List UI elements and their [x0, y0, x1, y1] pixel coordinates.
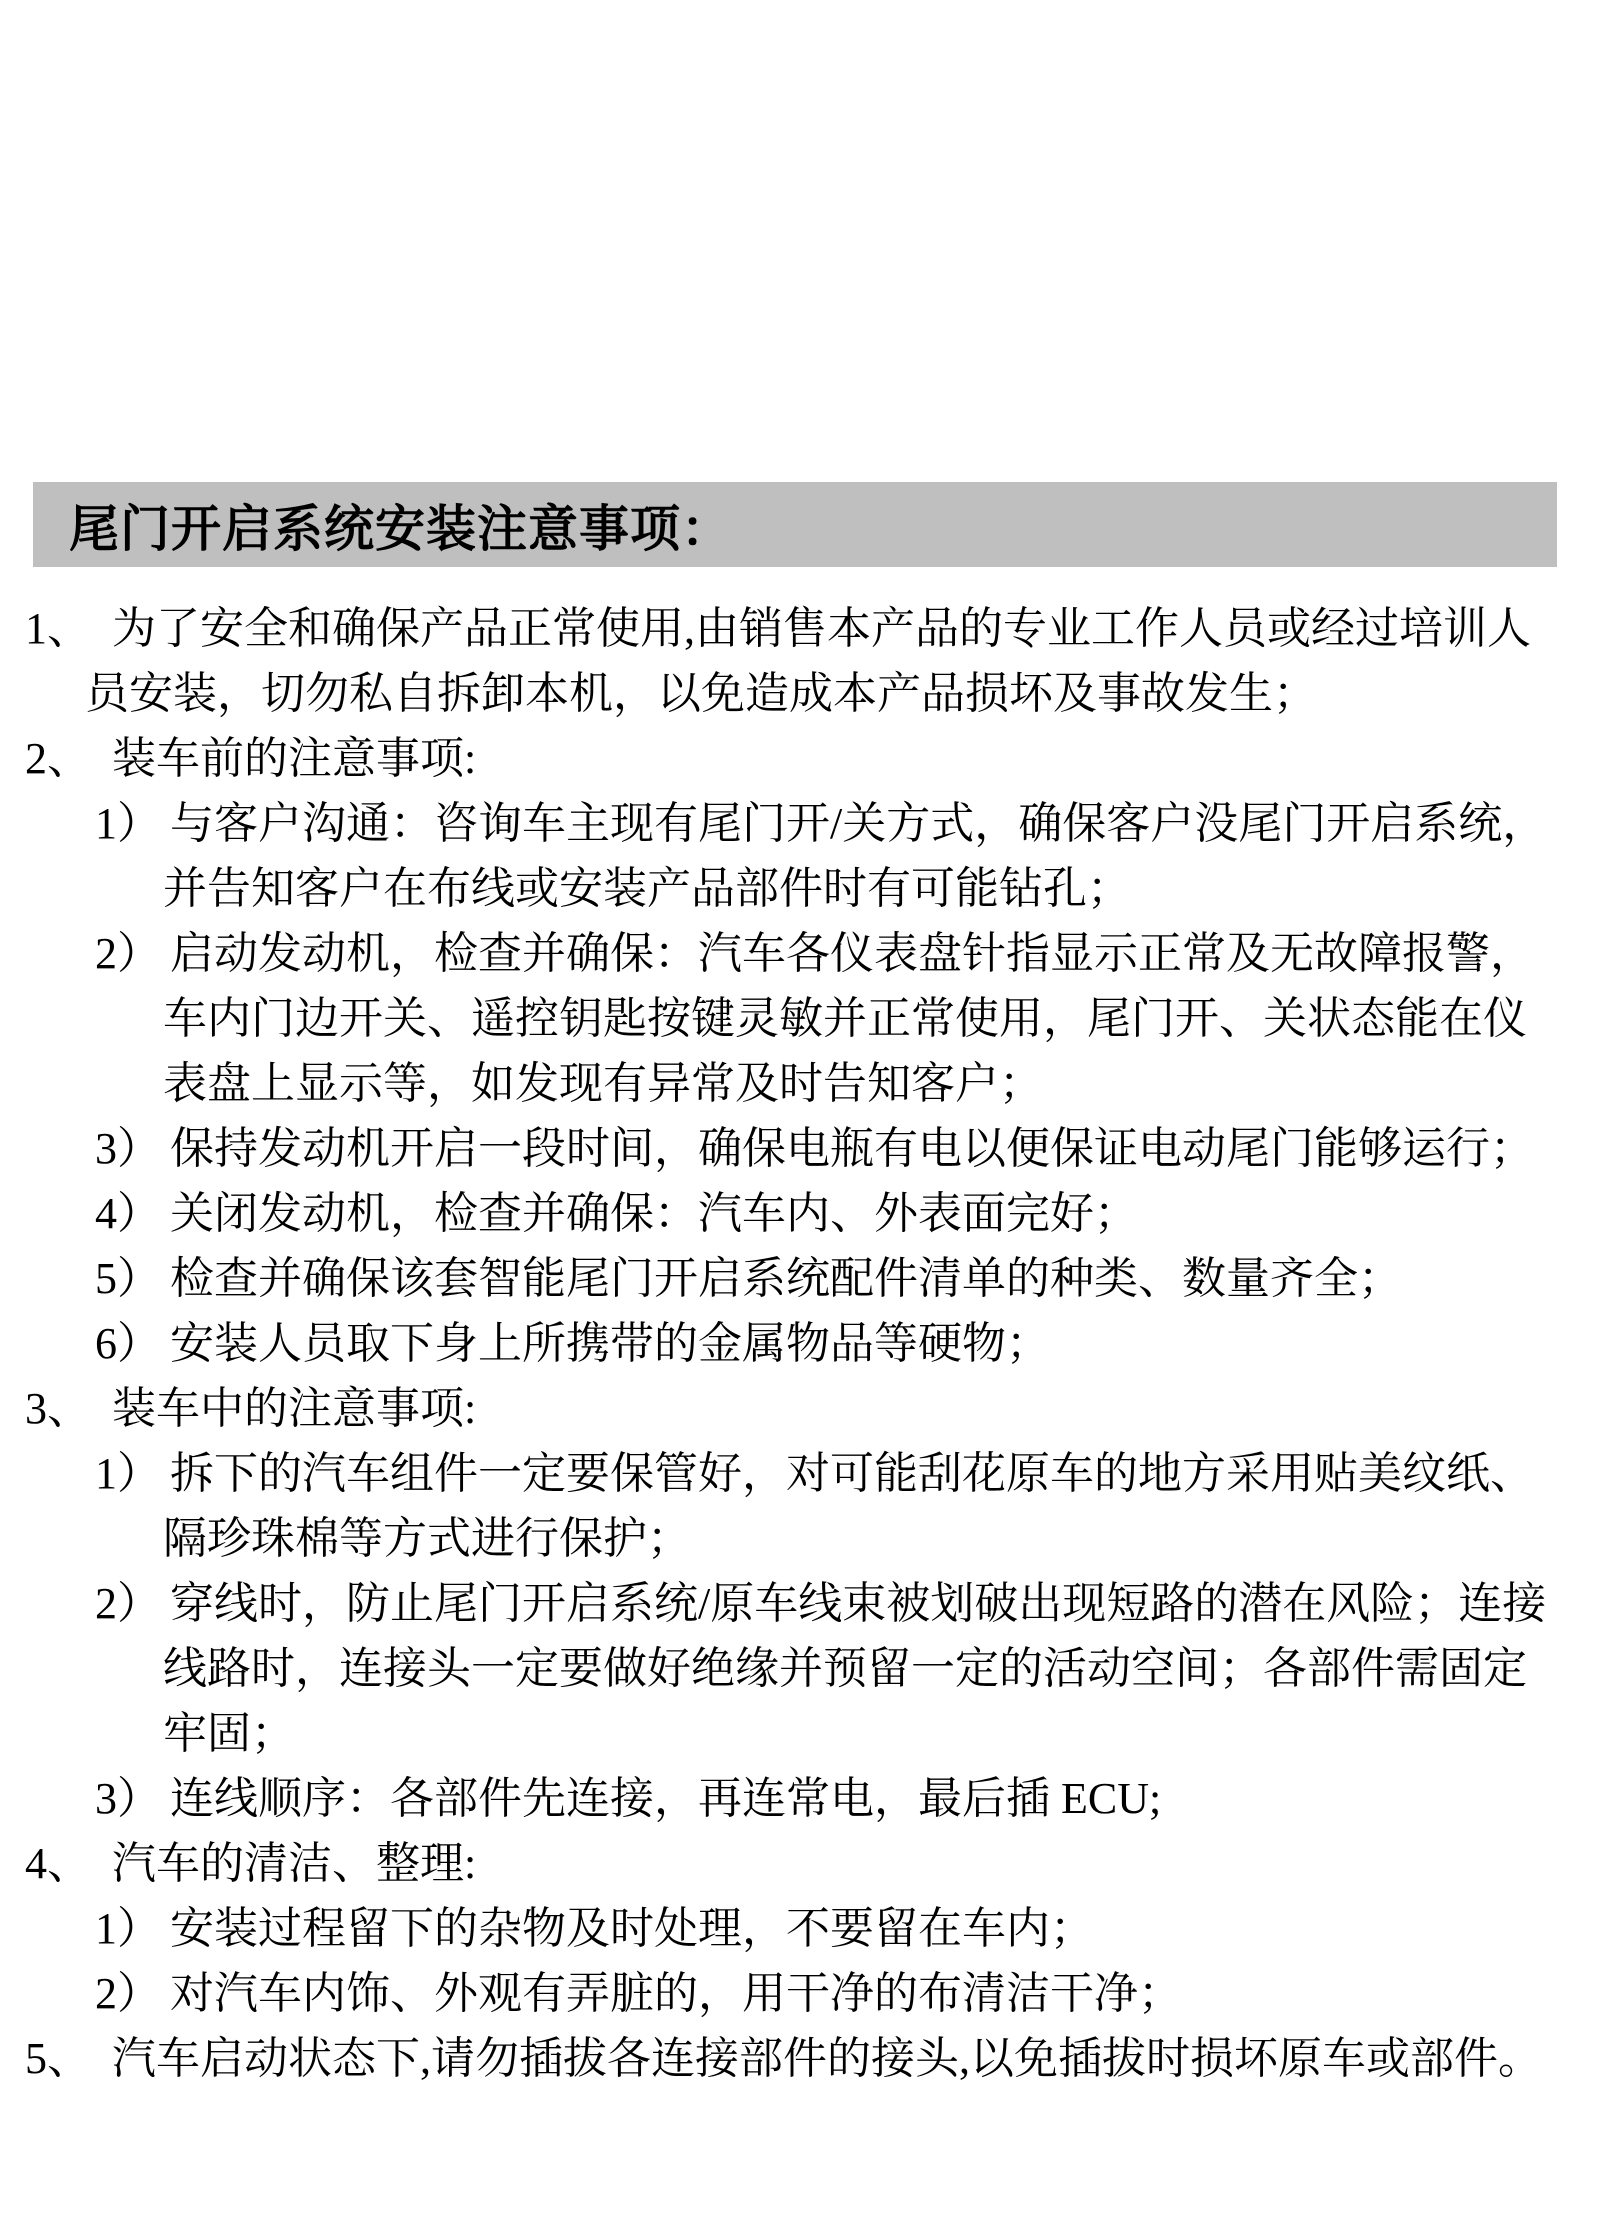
- list-marker: 1）: [95, 791, 161, 856]
- list-marker: 3）: [95, 1116, 161, 1181]
- list-text: 检查并确保该套智能尾门开启系统配件清单的种类、数量齐全；: [170, 1254, 1402, 1303]
- list-text: 汽车的清洁、整理:: [112, 1839, 476, 1888]
- list-line: 表盘上显示等，如发现有异常及时告知客户；: [0, 1051, 1624, 1116]
- list-marker: 4、: [25, 1831, 91, 1896]
- list-line: 隔珍珠棉等方式进行保护；: [0, 1506, 1624, 1571]
- list-text: 安装人员取下身上所携带的金属物品等硬物；: [170, 1319, 1050, 1368]
- list-text: 员安装，切勿私自拆卸本机，以免造成本产品损坏及事故发生；: [85, 669, 1317, 718]
- list-text: 车内门边开关、遥控钥匙按键灵敏并正常使用，尾门开、关状态能在仪: [163, 994, 1527, 1043]
- list-marker: 2）: [95, 1571, 161, 1636]
- list-marker: 2）: [95, 1961, 161, 2026]
- list-line: 1）拆下的汽车组件一定要保管好，对可能刮花原车的地方采用贴美纹纸、: [0, 1441, 1624, 1506]
- list-text: 线路时，连接头一定要做好绝缘并预留一定的活动空间；各部件需固定: [163, 1644, 1527, 1693]
- list-text: 安装过程留下的杂物及时处理，不要留在车内；: [170, 1904, 1094, 1953]
- list-text: 牢固；: [163, 1709, 295, 1758]
- document-page: 尾门开启系统安装注意事项： 1、为了安全和确保产品正常使用,由销售本产品的专业工…: [0, 0, 1624, 2234]
- list-text: 保持发动机开启一段时间，确保电瓶有电以便保证电动尾门能够运行；: [170, 1124, 1534, 1173]
- list-line: 2）穿线时，防止尾门开启系统/原车线束被划破出现短路的潜在风险；连接: [0, 1571, 1624, 1636]
- list-text: 并告知客户在布线或安装产品部件时有可能钻孔；: [163, 864, 1131, 913]
- list-text: 关闭发动机，检查并确保：汽车内、外表面完好；: [170, 1189, 1138, 1238]
- list-line: 2、装车前的注意事项:: [0, 726, 1624, 791]
- list-marker: 1）: [95, 1441, 161, 1506]
- list-line: 1）安装过程留下的杂物及时处理，不要留在车内；: [0, 1896, 1624, 1961]
- list-text: 穿线时，防止尾门开启系统/原车线束被划破出现短路的潜在风险；连接: [170, 1579, 1546, 1628]
- list-line: 4、汽车的清洁、整理:: [0, 1831, 1624, 1896]
- list-text: 与客户沟通：咨询车主现有尾门开/关方式，确保客户没尾门开启系统，: [170, 799, 1546, 848]
- section-title: 尾门开启系统安装注意事项：: [33, 489, 732, 561]
- list-text: 拆下的汽车组件一定要保管好，对可能刮花原车的地方采用贴美纹纸、: [170, 1449, 1534, 1498]
- list-marker: 1）: [95, 1896, 161, 1961]
- list-marker: 1、: [25, 596, 91, 661]
- notes-list: 1、为了安全和确保产品正常使用,由销售本产品的专业工作人员或经过培训人员安装，切…: [0, 596, 1624, 2091]
- list-line: 线路时，连接头一定要做好绝缘并预留一定的活动空间；各部件需固定: [0, 1636, 1624, 1701]
- list-marker: 6）: [95, 1311, 161, 1376]
- list-line: 2）对汽车内饰、外观有弄脏的，用干净的布清洁干净；: [0, 1961, 1624, 2026]
- list-marker: 5、: [25, 2026, 91, 2091]
- list-text: 为了安全和确保产品正常使用,由销售本产品的专业工作人员或经过培训人: [112, 604, 1531, 653]
- list-text: 装车中的注意事项:: [112, 1384, 476, 1433]
- list-line: 5）检查并确保该套智能尾门开启系统配件清单的种类、数量齐全；: [0, 1246, 1624, 1311]
- list-marker: 2）: [95, 921, 161, 986]
- list-marker: 3、: [25, 1376, 91, 1441]
- list-marker: 5）: [95, 1246, 161, 1311]
- list-marker: 3）: [95, 1766, 161, 1831]
- list-line: 牢固；: [0, 1701, 1624, 1766]
- list-text: 对汽车内饰、外观有弄脏的，用干净的布清洁干净；: [170, 1969, 1182, 2018]
- section-title-bar: 尾门开启系统安装注意事项：: [33, 482, 1557, 567]
- list-line: 3）保持发动机开启一段时间，确保电瓶有电以便保证电动尾门能够运行；: [0, 1116, 1624, 1181]
- list-text: 装车前的注意事项:: [112, 734, 476, 783]
- list-text: 表盘上显示等，如发现有异常及时告知客户；: [163, 1059, 1043, 1108]
- list-text: 隔珍珠棉等方式进行保护；: [163, 1514, 691, 1563]
- list-line: 1、为了安全和确保产品正常使用,由销售本产品的专业工作人员或经过培训人: [0, 596, 1624, 661]
- list-line: 5、汽车启动状态下,请勿插拔各连接部件的接头,以免插拔时损坏原车或部件。: [0, 2026, 1624, 2091]
- list-text: 汽车启动状态下,请勿插拔各连接部件的接头,以免插拔时损坏原车或部件。: [112, 2034, 1542, 2083]
- list-line: 员安装，切勿私自拆卸本机，以免造成本产品损坏及事故发生；: [0, 661, 1624, 726]
- list-marker: 4）: [95, 1181, 161, 1246]
- list-marker: 2、: [25, 726, 91, 791]
- list-line: 1）与客户沟通：咨询车主现有尾门开/关方式，确保客户没尾门开启系统，: [0, 791, 1624, 856]
- list-text: 连线顺序：各部件先连接，再连常电，最后插 ECU;: [170, 1774, 1161, 1823]
- list-line: 2）启动发动机，检查并确保：汽车各仪表盘针指显示正常及无故障报警，: [0, 921, 1624, 986]
- list-line: 3、装车中的注意事项:: [0, 1376, 1624, 1441]
- list-line: 4）关闭发动机，检查并确保：汽车内、外表面完好；: [0, 1181, 1624, 1246]
- list-line: 3）连线顺序：各部件先连接，再连常电，最后插 ECU;: [0, 1766, 1624, 1831]
- list-line: 车内门边开关、遥控钥匙按键灵敏并正常使用，尾门开、关状态能在仪: [0, 986, 1624, 1051]
- list-line: 并告知客户在布线或安装产品部件时有可能钻孔；: [0, 856, 1624, 921]
- list-text: 启动发动机，检查并确保：汽车各仪表盘针指显示正常及无故障报警，: [170, 929, 1534, 978]
- list-line: 6）安装人员取下身上所携带的金属物品等硬物；: [0, 1311, 1624, 1376]
